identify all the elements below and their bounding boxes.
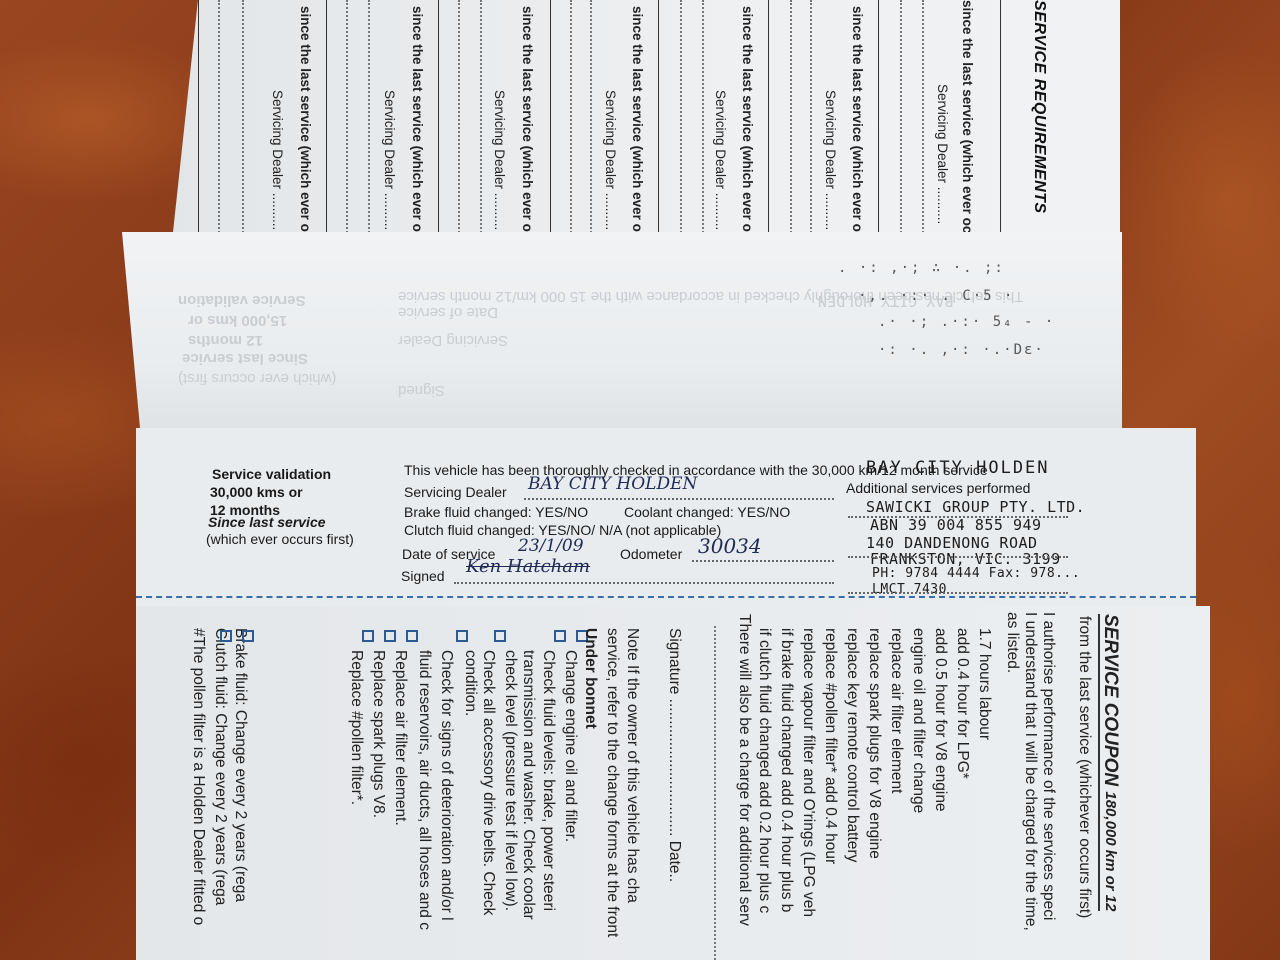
- flipped-coupon-strip: Service validation 15,000 kms or 12 mont…: [118, 232, 1122, 428]
- checklist-item: Replace spark plugs V8.: [370, 650, 387, 818]
- dotted-rule: [242, 0, 244, 240]
- brake-fluid-changed: Brake fluid changed: YES/NO: [404, 504, 588, 520]
- validation-heading: Service validation: [212, 466, 331, 482]
- column-divider: [438, 0, 439, 240]
- requirement-line: since the last service (which ever oc: [850, 6, 865, 246]
- dealer-dotted-line: [524, 498, 834, 500]
- additional-dotted-line: [848, 516, 1068, 518]
- coolant-changed: Coolant changed: YES/NO: [624, 504, 790, 520]
- column-divider: [198, 0, 199, 240]
- coupon-bullet: replace vapour filter and O'rings (LPG v…: [800, 628, 817, 917]
- dotted-rule: [218, 0, 220, 240]
- dotted-rule: [680, 0, 682, 240]
- footnote-pollen-filter: #The pollen filter is a Holden Dealer fi…: [190, 628, 207, 925]
- additional-services-label: Additional services performed: [846, 480, 1030, 496]
- column-divider: [550, 0, 551, 240]
- mirrored-text: 12 months: [188, 332, 263, 349]
- dotted-rule: [714, 626, 716, 960]
- note-text: service, refer to the change forms at th…: [604, 628, 621, 937]
- mirrored-text: 15,000 kms or: [188, 312, 287, 329]
- column-divider: [658, 0, 659, 240]
- odometer-handwritten: 30034: [698, 534, 762, 558]
- column-divider: [1000, 0, 1001, 240]
- checklist-item: Check all accessory drive belts. Check: [480, 650, 497, 915]
- checkbox[interactable]: [406, 630, 418, 642]
- requirement-line: since the last service (which ever oc: [960, 0, 975, 240]
- ink-transfer-marks: ·: ·. ,·: ·.·Dε·: [878, 342, 1045, 358]
- ink-transfer-marks: . ·: ,·; ∴ ·. ;:: [838, 260, 1005, 276]
- under-bonnet-heading: Under bonnet: [582, 628, 599, 729]
- signature-handwritten: Ken Hatcham: [466, 556, 590, 577]
- servicing-dealer-label: Servicing Dealer: [404, 484, 507, 500]
- coupon-title-text: SERVICE COUPON: [1100, 614, 1121, 786]
- coupon-bullet: 1.7 hours labour: [976, 628, 993, 740]
- service-validation-30000: Service validation 30,000 kms or 12 mont…: [136, 428, 1196, 606]
- coupon-bullet: if clutch fluid changed add 0.2 hour plu…: [756, 628, 773, 913]
- stamp-dealer-name: BAY CITY HOLDEN: [866, 458, 1050, 478]
- column-divider: [768, 0, 769, 240]
- signature-date-line[interactable]: Signature ..............................…: [666, 628, 683, 882]
- service-coupon-page: #The pollen filter is a Holden Dealer fi…: [136, 606, 1210, 960]
- dotted-rule: [900, 0, 902, 240]
- dotted-rule: [790, 0, 792, 240]
- checklist-item: condition.: [462, 650, 479, 716]
- requirement-line: since the last service (which ever oc: [410, 6, 425, 246]
- validation-since-last: Since last service: [208, 514, 326, 530]
- ink-transfer-marks: ·,. ·:· . C·5 ·: [858, 288, 1014, 304]
- perforation-line[interactable]: [136, 596, 1196, 598]
- checkbox[interactable]: [384, 630, 396, 642]
- service-requirements-page: Servicing Dealer .......... since the la…: [170, 0, 1120, 260]
- dotted-rule: [480, 0, 482, 240]
- dotted-rule: [458, 0, 460, 240]
- mirrored-text: Since last service: [182, 350, 308, 367]
- dotted-rule: [702, 0, 704, 240]
- coupon-bullet: replace key remote control battery: [844, 628, 861, 862]
- validation-interval-km: 30,000 kms or: [210, 484, 303, 500]
- coupon-bullet: replace air filter element: [888, 628, 905, 793]
- dotted-rule: [368, 0, 370, 240]
- mirrored-text: Signed: [398, 382, 445, 399]
- stamp-abn: ABN 39 004 855 949: [870, 516, 1042, 534]
- additional-charge-note: There will also be a charge for addition…: [736, 614, 753, 926]
- dotted-rule: [590, 0, 592, 240]
- dotted-rule: [922, 0, 924, 240]
- requirement-line: since the last service (which ever oc: [520, 6, 535, 246]
- coupon-bullet: replace spark plugs for V8 engine: [866, 628, 883, 859]
- dotted-rule: [346, 0, 348, 240]
- additional-dotted-line: [848, 592, 1068, 594]
- checkbox[interactable]: [220, 630, 232, 642]
- dotted-rule: [570, 0, 572, 240]
- coupon-title: SERVICE COUPON 180,000 km or 12: [1098, 614, 1119, 911]
- mirrored-text: Date of service: [398, 304, 498, 321]
- footnote-clutch-fluid: Clutch fluid: Change every 2 years (rega: [212, 628, 229, 905]
- authorise-text: I authorise performance of the services …: [1040, 612, 1057, 920]
- coupon-bullet: add 0.4 hour for LPG*: [954, 628, 971, 779]
- checklist-item: Check fluid levels: brake, power steeri: [540, 650, 557, 911]
- checkbox[interactable]: [494, 630, 506, 642]
- authorise-text: as listed.: [1004, 612, 1021, 673]
- mirrored-text: (which ever occurs first): [178, 370, 336, 387]
- mirrored-text: Servicing Dealer: [398, 332, 508, 349]
- checklist-item: Replace air filter element.: [392, 650, 409, 826]
- mirrored-text: Service validation: [178, 292, 306, 309]
- coupon-title-interval: 180,000 km or 12: [1102, 791, 1119, 911]
- checklist-item: Change engine oil and filter.: [562, 650, 579, 842]
- odometer-dotted-line: [692, 560, 834, 562]
- stamp-phone: PH: 9784 4444 Fax: 978...: [872, 566, 1080, 581]
- odometer-label: Odometer: [620, 546, 682, 562]
- requirement-line: since the last service (which ever oc: [630, 6, 645, 246]
- signature-dotted-line: [454, 582, 834, 584]
- column-divider: [326, 0, 327, 240]
- service-requirements-title: SERVICE REQUIREMENTS: [1030, 0, 1048, 214]
- checkbox[interactable]: [242, 630, 254, 642]
- stamp-lmct: LMCT 7430: [872, 582, 947, 597]
- dotted-rule: [810, 0, 812, 240]
- column-divider: [878, 0, 879, 240]
- checkbox[interactable]: [362, 630, 374, 642]
- checklist-item: Replace #pollen filter*.: [348, 650, 365, 805]
- coupon-bullet: replace #pollen filter* add 0.4 hour: [822, 628, 839, 864]
- checkbox[interactable]: [456, 630, 468, 642]
- note-text: Note If the owner of this vehicle has ch…: [624, 628, 641, 903]
- validation-whichever: (which ever occurs first): [206, 531, 354, 547]
- coupon-subtitle: from the last service (whichever occurs …: [1076, 616, 1093, 918]
- signed-label: Signed: [401, 568, 445, 584]
- checklist-item: Check for signs of deterioration and/or …: [438, 650, 455, 921]
- additional-dotted-line: [848, 556, 1068, 558]
- requirement-line: since the last service (which ever oc: [298, 6, 313, 246]
- coupon-bullet: if brake fluid changed add 0.4 hour plus…: [778, 628, 795, 912]
- checklist-item: check level (pressure test if level low)…: [502, 650, 519, 911]
- coupon-bullet: add 0.5 hour for V8 engine: [932, 628, 949, 812]
- servicing-dealer-handwritten: BAY CITY HOLDEN: [528, 474, 697, 494]
- ink-transfer-marks: .· ·; .·:· 5₄ - ·: [878, 314, 1055, 330]
- footnote-brake-fluid: Brake fluid: Change every 2 years (rega: [232, 628, 249, 902]
- stamp-company: SAWICKI GROUP PTY. LTD.: [866, 498, 1085, 516]
- coupon-bullet: engine oil and filter change: [910, 628, 927, 813]
- checkbox[interactable]: [554, 630, 566, 642]
- authorise-text: I understand that I will be charged for …: [1022, 612, 1039, 931]
- date-of-service-handwritten: 23/1/09: [518, 536, 584, 556]
- checklist-item: transmission and washer. Check coolar: [520, 650, 537, 920]
- requirement-line: since the last service (which ever oc: [740, 6, 755, 246]
- checklist-item: fluid reservoirs, air ducts, all hoses a…: [416, 650, 433, 930]
